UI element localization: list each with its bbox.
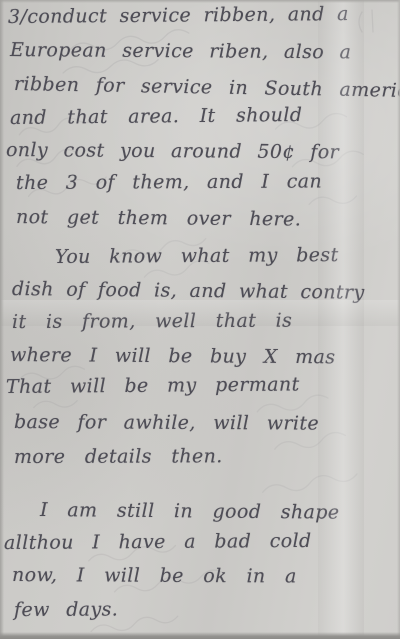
handwritten-line: where I will be buy X mas: [10, 344, 336, 368]
handwritten-line: European service riben, also a: [10, 39, 351, 63]
handwritten-line: not get them over here.: [16, 206, 301, 230]
scan-edge-top: [0, 0, 400, 3]
handwritten-line: base for awhile, will write: [14, 411, 319, 435]
paper-fold-shadow: [0, 300, 400, 326]
handwritten-line: That will be my permant: [6, 373, 300, 398]
handwritten-line: only cost you around 50¢ for: [6, 139, 339, 163]
handwritten-line: 3/conduct service ribben, and a: [8, 3, 349, 28]
handwritten-line: allthou I have a bad cold: [4, 530, 312, 554]
handwritten-line: You know what my best: [55, 244, 339, 268]
letter-page: 3/conduct service ribben, and a European…: [0, 0, 400, 639]
handwritten-line: and that area. It should: [10, 104, 303, 129]
handwritten-line: the 3 of them, and I can: [16, 170, 322, 194]
scan-edge-bottom: [0, 632, 400, 639]
handwritten-line: now, I will be ok in a: [12, 564, 297, 587]
handwritten-line: more details then.: [14, 445, 223, 468]
scan-edge-left: [0, 0, 4, 639]
handwritten-line: few days.: [14, 598, 118, 621]
handwritten-line: I am still in good shape: [40, 499, 340, 524]
